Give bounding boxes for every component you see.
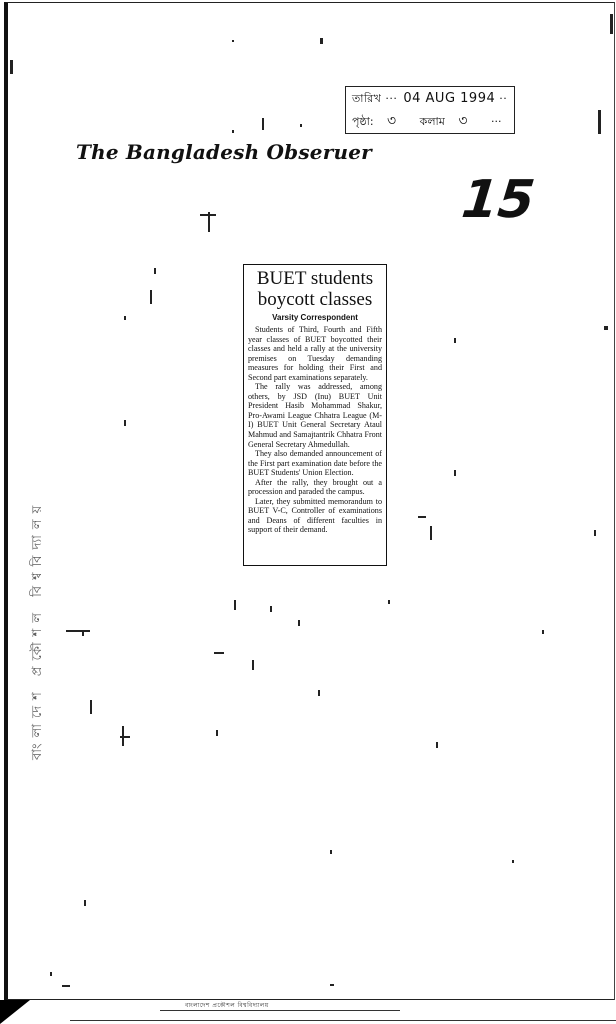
article-paragraph: Students of Third, Fourth and Fifth year… bbox=[248, 325, 382, 382]
footer-text: বাংলাদেশ প্রকৌশল বিশ্ববিদ্যালয় bbox=[185, 1000, 269, 1011]
headline-line-2: boycott classes bbox=[248, 289, 382, 310]
stamp-page-value: ৩ bbox=[387, 113, 396, 129]
stamp-page-row: পৃষ্ঠা: ৩ কলাম ৩ ··· bbox=[352, 109, 501, 133]
headline-line-1: BUET students bbox=[248, 268, 382, 289]
stamp-page-label: পৃষ্ঠা bbox=[352, 115, 370, 128]
stamp-date-label: তারিখ bbox=[352, 92, 381, 105]
scan-shadow bbox=[0, 1000, 30, 1024]
newspaper-masthead: The Bangladesh Obseruer bbox=[76, 140, 372, 164]
article-paragraph: They also demanded announcement of the F… bbox=[248, 449, 382, 478]
article-paragraph: After the rally, they brought out a proc… bbox=[248, 478, 382, 497]
article-byline: Varsity Correspondent bbox=[248, 313, 382, 322]
bottom-rule bbox=[70, 1020, 616, 1021]
stamp-date-value: 04 AUG 1994 bbox=[403, 91, 495, 106]
archive-date-stamp: তারিখ ··· 04 AUG 1994 ·· পৃষ্ঠা: ৩ কলাম … bbox=[345, 86, 515, 134]
handwritten-page-number: 15 bbox=[459, 170, 538, 230]
article-paragraph: The rally was addressed, among others, b… bbox=[248, 382, 382, 449]
stamp-column-label: কলাম bbox=[420, 115, 445, 128]
stamp-date-row: তারিখ ··· 04 AUG 1994 ·· bbox=[352, 90, 507, 109]
stamp-column-value: ৩ bbox=[458, 113, 467, 129]
article-headline: BUET students boycott classes bbox=[248, 268, 382, 310]
faded-side-stamp: বাংলাদেশ প্রকৌশল বিশ্ববিদ্যালয় bbox=[28, 500, 49, 760]
article-paragraph: Later, they submitted memorandum to BUET… bbox=[248, 497, 382, 535]
article-clipping: BUET students boycott classes Varsity Co… bbox=[243, 264, 387, 566]
